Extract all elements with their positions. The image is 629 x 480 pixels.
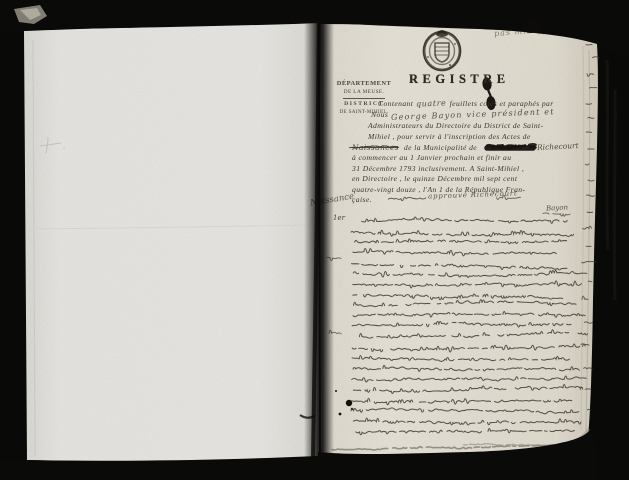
archival-scan-photo: DÉPARTEMENT DE LA MEUSE. DISTRICT DE SAI… [0, 0, 629, 480]
shadow-and-edge-overlays [0, 0, 629, 480]
torn-bottom-edge [318, 430, 598, 480]
right-black-margin-streaks [607, 60, 615, 300]
bottom-left-black-band [0, 456, 319, 480]
top-edge-ink-blob [521, 19, 541, 33]
